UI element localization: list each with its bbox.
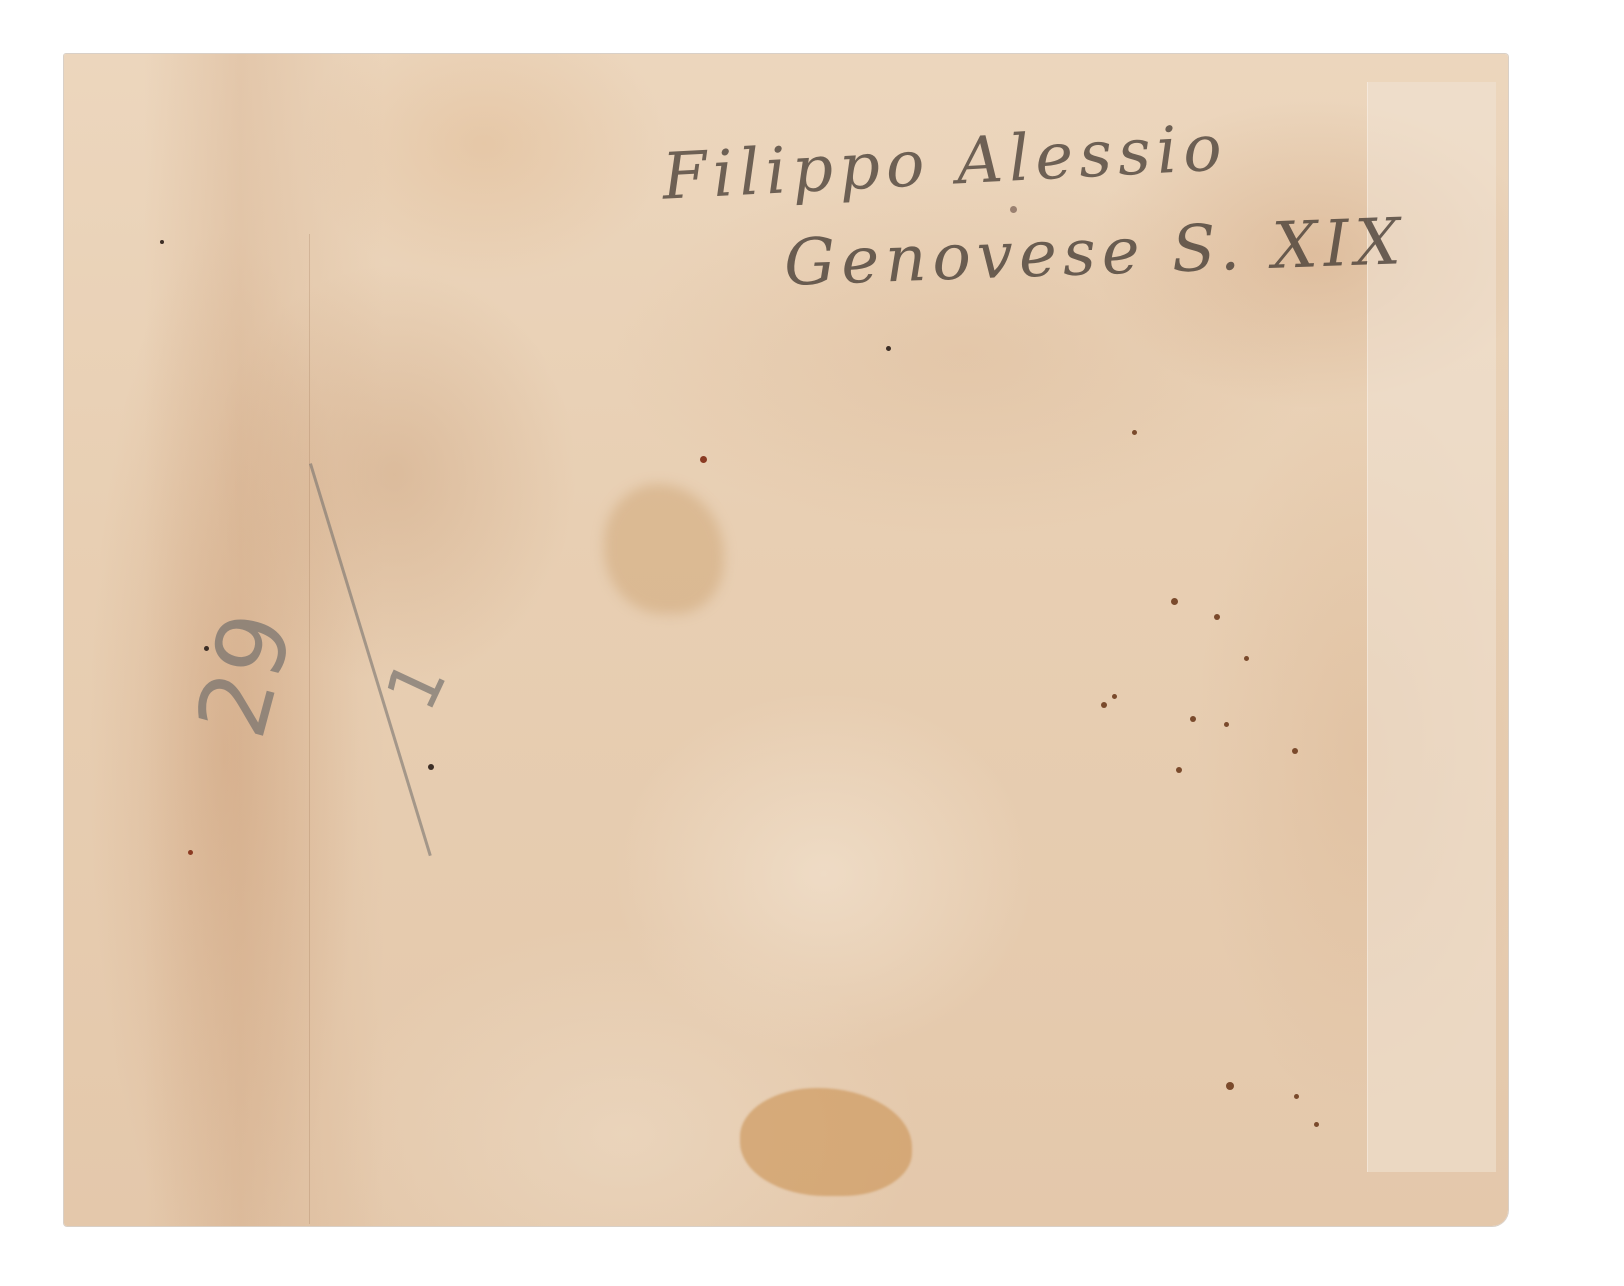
foxing-spot — [1294, 1094, 1299, 1099]
foxing-spot — [1132, 430, 1137, 435]
fold-line — [309, 234, 310, 1224]
foxing-spot — [1314, 1122, 1319, 1127]
foxing-spot — [204, 646, 209, 651]
foxing-spot — [1176, 767, 1182, 773]
foxing-spot — [700, 456, 707, 463]
foxing-spot — [1010, 206, 1017, 213]
foxing-spot — [428, 764, 434, 770]
foxing-spot — [1244, 656, 1249, 661]
foxing-spot — [160, 240, 164, 244]
inscription-line-1: Filippo Alessio — [660, 111, 1229, 215]
foxing-spot — [1292, 748, 1298, 754]
foxing-spot — [1214, 614, 1220, 620]
foxing-spot — [1101, 702, 1107, 708]
foxing-spot — [188, 850, 193, 855]
inscription-line-2: Genovese S. XIX — [783, 205, 1408, 301]
foxing-spot — [1224, 722, 1229, 727]
water-stain — [604, 484, 724, 614]
foxing-spot — [1190, 716, 1196, 722]
foxing-spot — [1112, 694, 1117, 699]
paper-sheet: Filippo Alessio Genovese S. XIX 29 1 — [64, 54, 1508, 1226]
foxing-spot — [1226, 1082, 1234, 1090]
water-stain — [740, 1088, 912, 1196]
foxing-spot — [886, 346, 891, 351]
foxing-spot — [1171, 598, 1178, 605]
